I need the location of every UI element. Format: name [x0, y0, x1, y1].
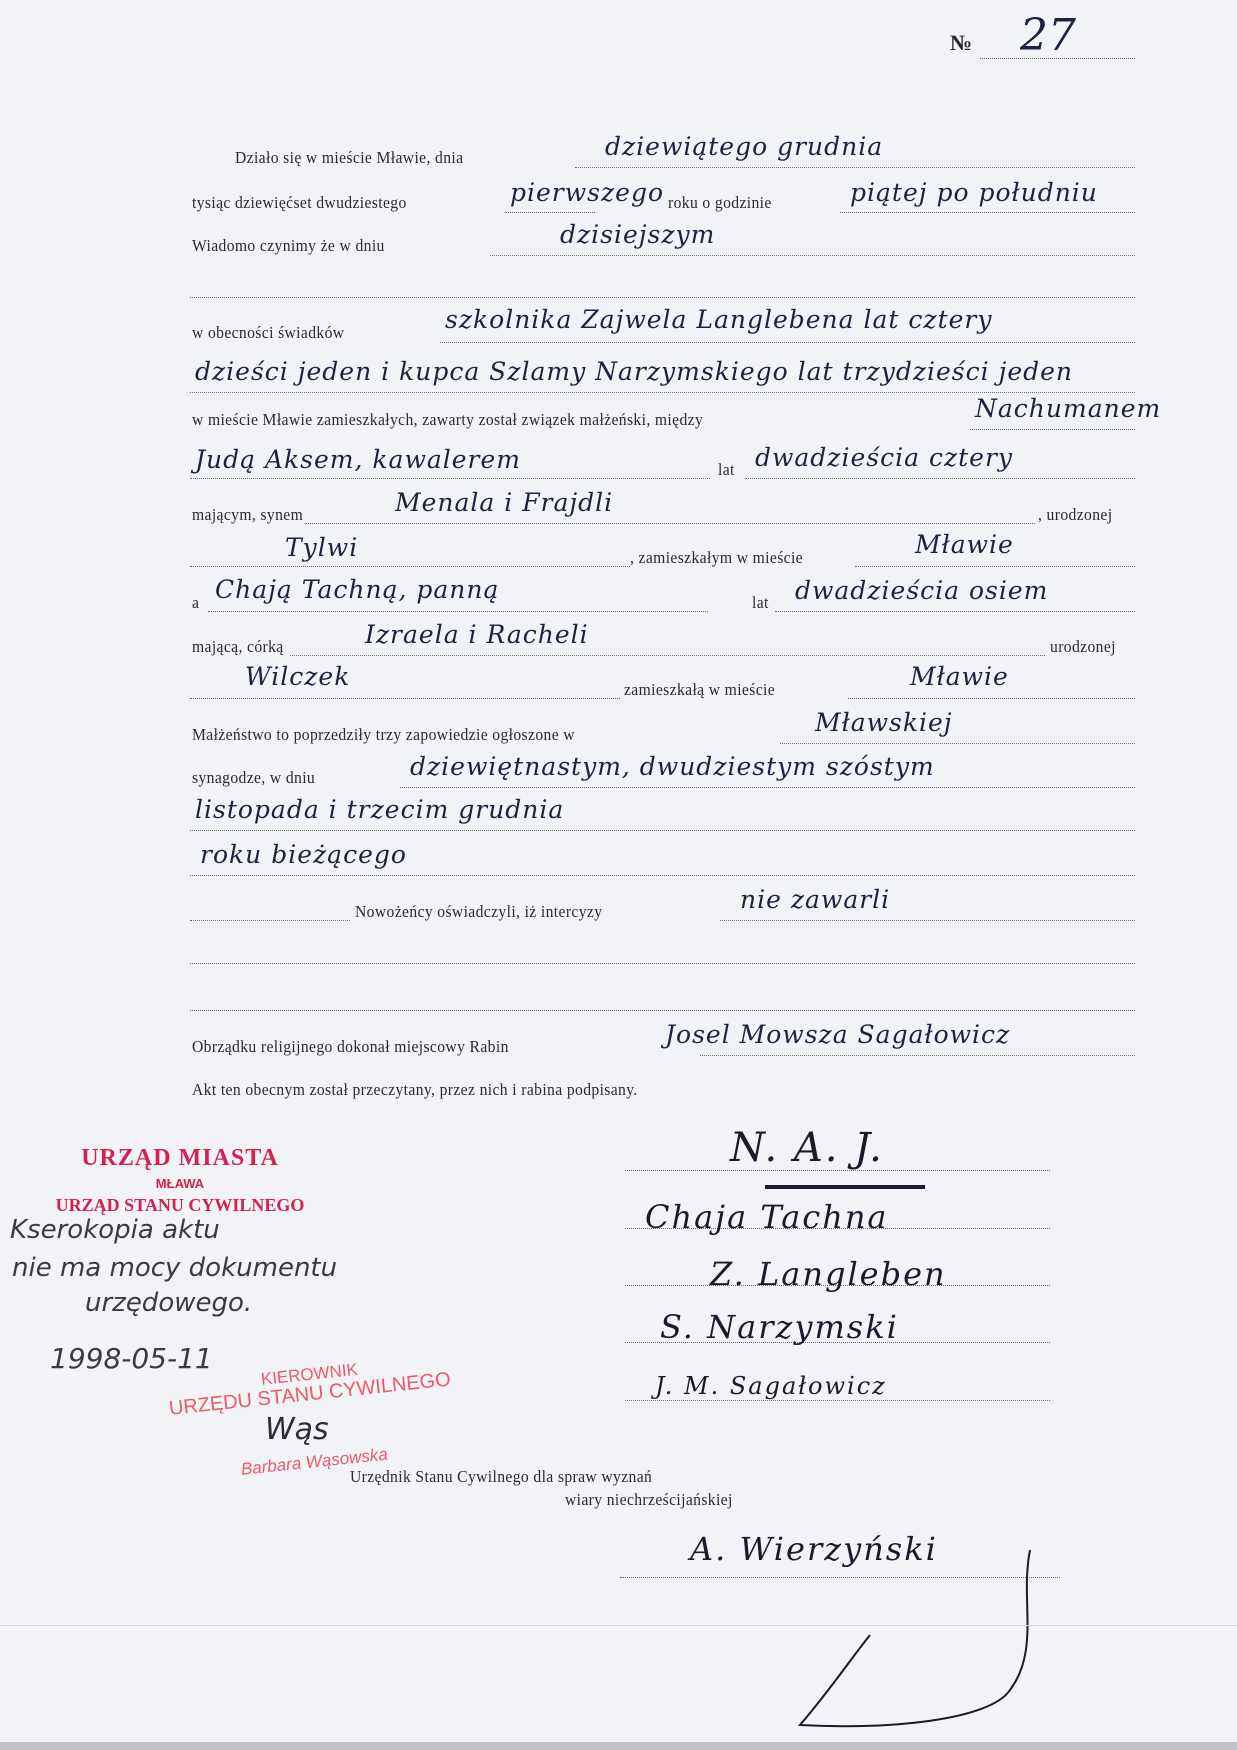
handwritten-date: dziewiątego grudnia: [605, 132, 883, 161]
handwritten-groom-parents: Menala i Frajdli: [395, 488, 613, 517]
signature-flourish: [740, 1540, 1060, 1740]
dotline: [575, 167, 1135, 168]
printed-text: w obecności świadków: [192, 323, 344, 343]
dotline: [780, 743, 1135, 744]
dotline: [848, 698, 1135, 699]
printed-text: synagodze, w dniu: [192, 768, 315, 788]
signature-bride: Chaja Tachna: [645, 1198, 889, 1236]
handwritten-groom-status: Judą Aksem, kawalerem: [195, 445, 521, 474]
printed-text: Obrządku religijnego dokonał miejscowy R…: [192, 1037, 509, 1057]
handwritten-banns-dates-cont: listopada i trzecim grudnia: [195, 795, 564, 824]
handwritten-rabbi-name: Josel Mowsza Sagałowicz: [665, 1020, 1010, 1049]
handwritten-groom-name: Nachumanem: [975, 394, 1161, 423]
official-title: Urzędnik Stanu Cywilnego dla spraw wyzna…: [350, 1467, 652, 1487]
copy-annotation-date: 1998-05-11: [50, 1342, 213, 1375]
document-page: № 27 Działo się w mieście Mławie, dnia d…: [0, 0, 1237, 1742]
scanner-edge: [0, 1742, 1237, 1750]
office-stamp-city: MŁAWA: [55, 1176, 305, 1191]
printed-text: Małżeństwo to poprzedziły trzy zapowiedz…: [192, 725, 575, 745]
official-title-cont: wiary niechrześcijańskiej: [565, 1490, 733, 1510]
handwritten-current-year: roku bieżącego: [200, 840, 407, 869]
handwritten-bride-residence: Mławie: [910, 662, 1009, 691]
signature-groom: N. A. J.: [730, 1125, 884, 1171]
dotline: [720, 920, 1135, 921]
printed-text: lat: [718, 460, 735, 480]
dotline: [190, 875, 1135, 876]
dotline: [190, 392, 1135, 393]
printed-text: mającym, synem: [192, 505, 303, 525]
handwritten-groom-birthplace: Tylwi: [285, 533, 358, 562]
dotline: [855, 566, 1135, 567]
dotline: [208, 611, 708, 612]
office-stamp-subtitle: URZĄD STANU CYWILNEGO: [30, 1195, 330, 1216]
handwritten-witness-2: dzieści jeden i kupca Szlamy Narzymskieg…: [195, 357, 1073, 386]
handwritten-bride-name: Chają Tachną, panną: [215, 575, 499, 604]
printed-text: a: [192, 593, 199, 613]
dotline: [190, 297, 1135, 298]
handwritten-year: pierwszego: [510, 178, 664, 207]
printed-text: zamieszkałą w mieście: [624, 680, 775, 700]
dotline: [505, 212, 595, 213]
printed-text: Działo się w mieście Mławie, dnia: [235, 148, 463, 168]
record-number: 27: [1020, 10, 1076, 61]
dotline: [190, 478, 710, 479]
handwritten-bride-birthplace: Wilczek: [245, 662, 350, 691]
office-stamp-title: URZĄD MIASTA: [55, 1145, 305, 1172]
dotline: [290, 655, 1045, 656]
handwritten-groom-residence: Mławie: [915, 530, 1014, 559]
dotline: [700, 1055, 1135, 1056]
dotline: [840, 212, 1135, 213]
dotline: [190, 566, 630, 567]
handwritten-hour: piątej po południu: [850, 178, 1098, 207]
dotline: [190, 963, 1135, 964]
handwritten-prenup: nie zawarli: [740, 885, 890, 914]
printed-text: , urodzonej: [1038, 505, 1112, 525]
dotline: [400, 787, 1135, 788]
dotline: [970, 429, 1135, 430]
signature-witness-2: S. Narzymski: [660, 1308, 899, 1346]
dotline: [490, 255, 1135, 256]
signature-underline: [765, 1185, 925, 1189]
printed-text: Wiadomo czynimy że w dniu: [192, 236, 385, 256]
dotline: [190, 1010, 1135, 1011]
signature-rabbi: J. M. Sagałowicz: [655, 1372, 887, 1400]
copy-annotation-line2: nie ma mocy dokumentu: [12, 1253, 337, 1283]
handwritten-witness-1: szkolnika Zajwela Langlebena lat cztery: [445, 305, 993, 334]
dotline: [190, 830, 1135, 831]
printed-text: , zamieszkałym w mieście: [630, 548, 803, 568]
printed-text: roku o godzinie: [668, 193, 772, 213]
signature-witness-1: Z. Langleben: [710, 1255, 947, 1293]
printed-text: urodzonej: [1050, 637, 1116, 657]
handwritten-bride-parents: Izraela i Racheli: [365, 620, 589, 649]
paper-fold: [0, 1625, 1237, 1626]
printed-text: w mieście Mławie zamieszkałych, zawarty …: [192, 410, 703, 430]
dotline: [190, 920, 350, 921]
printed-text: Akt ten obecnym został przeczytany, prze…: [192, 1080, 638, 1100]
dotline: [440, 342, 1135, 343]
head-signature: Wąs: [265, 1412, 329, 1447]
signature-line: [625, 1400, 1050, 1401]
record-number-label: №: [950, 30, 972, 56]
handwritten-groom-age: dwadzieścia cztery: [755, 443, 1013, 472]
printed-text: tysiąc dziewięćset dwudziestego: [192, 193, 407, 213]
handwritten-day: dzisiejszym: [560, 220, 715, 249]
dotline: [190, 698, 620, 699]
handwritten-bride-age: dwadzieścia osiem: [795, 576, 1048, 605]
copy-annotation-line1: Kserokopia aktu: [10, 1215, 220, 1245]
printed-text: lat: [752, 593, 769, 613]
handwritten-synagogue: Mławskiej: [815, 708, 953, 737]
copy-annotation-line3: urzędowego.: [85, 1288, 252, 1318]
handwritten-banns-dates: dziewiętnastym, dwudziestym szóstym: [410, 752, 935, 781]
dotline: [775, 611, 1135, 612]
record-number-dotline: [980, 58, 1135, 59]
dotline: [745, 478, 1135, 479]
printed-text: Nowożeńcy oświadczyli, iż intercyzy: [355, 902, 602, 922]
printed-text: mającą, córką: [192, 637, 284, 657]
dotline: [305, 523, 1035, 524]
